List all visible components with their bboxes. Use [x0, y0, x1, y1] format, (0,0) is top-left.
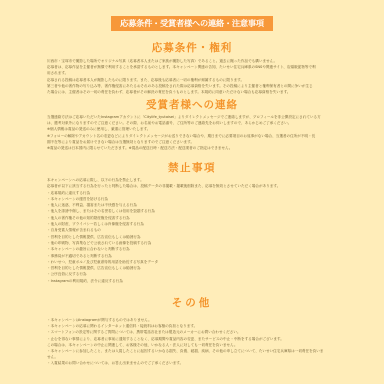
list-item: ・本キャンペーンに参加したこと、または入賞したことに起因するいかなる損失、負債、…: [47, 348, 339, 354]
text-line: た場合には、主催者はその一切の責任を負わず、応募者がその解決の責任を負うものとし…: [47, 89, 339, 95]
page-title-banner: 応募条件・受賞者様への連絡・注意事項: [111, 16, 273, 31]
section-heading-contact: 受賞者様への連絡: [0, 97, 384, 112]
section-heading-other: その他: [0, 295, 384, 310]
section-body-other: ・本キャンペーンはInstagramが関与するものではありません。 ・本キャンペ…: [47, 317, 339, 367]
section-heading-prohibited: 禁止事項: [0, 160, 384, 175]
text-line: 応募者は、応募作品を主催者が無償で利用することを承諾するものとします。本キャンペ…: [47, 64, 339, 70]
list-item: ・Instagramの利用規約、法令に違反する行為: [47, 278, 339, 284]
terms-page: 応募条件・受賞者様への連絡・注意事項 応募条件・権利 川西市・宝塚市で撮影した場…: [0, 0, 384, 384]
list-item: ・入賞結果のお問い合わせについては、お答え出来ませんのでご了承くださいます。: [47, 360, 339, 366]
section-body-contact: 当選連絡方法はご応募いただいたInstagramアカウントに「Citylife_…: [47, 114, 339, 151]
section-body-rights: 川西市・宝塚市で撮影した場所でオリジナル写真（応募者本人またはご家族が撮影した写…: [47, 58, 339, 95]
text-line: ※賞品の発送は日本国内に限らせていただきます。※賞品の配送日時・配送方法・配送業…: [47, 145, 339, 151]
section-heading-rights: 応募条件・権利: [0, 40, 384, 55]
section-body-prohibited: 本キャンペーンへの応募に際し、以下の行為を禁止します。 応募者が以下に該当する行…: [47, 177, 339, 284]
text-line: ※フォローの解除やアカウント名の変更などによりダイレクトメッセージがお送りできな…: [47, 133, 339, 139]
